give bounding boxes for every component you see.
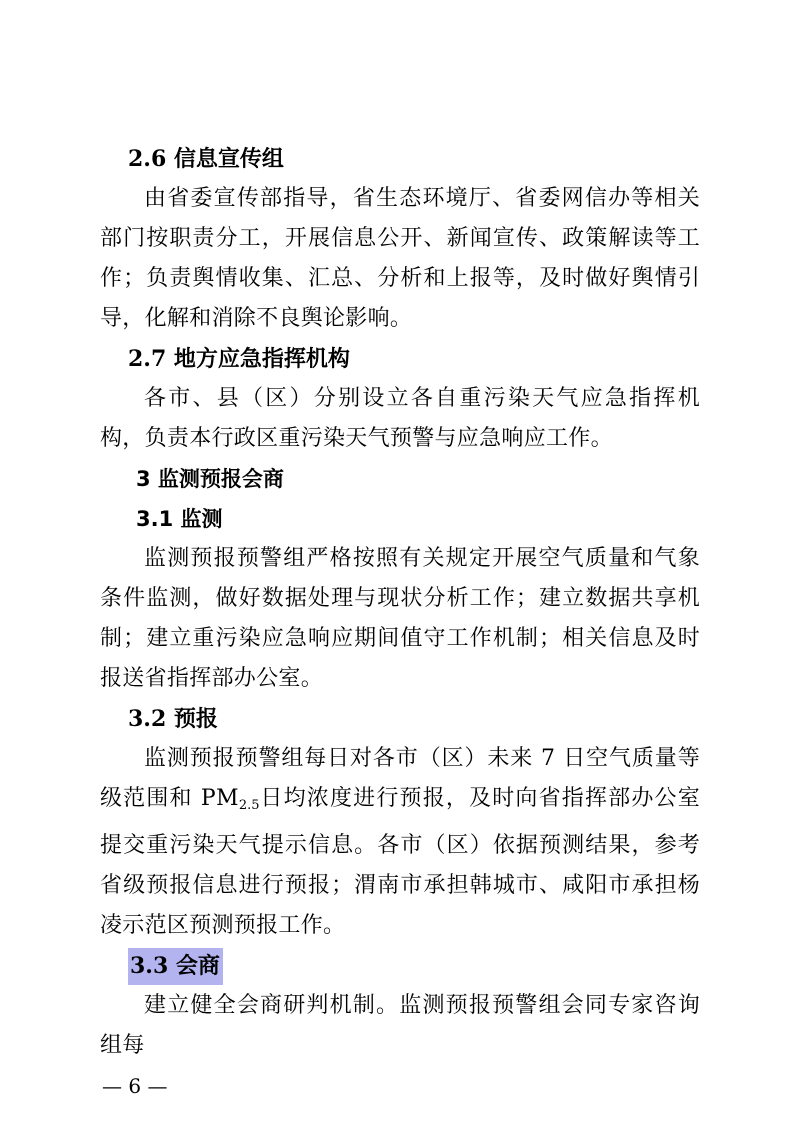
section-paragraph-2-6: 由省委宣传部指导，省生态环境厅、省委网信办等相关部门按职责分工，开展信息公开、新…: [100, 179, 700, 339]
section-heading-3: 3 监测预报会商: [136, 459, 700, 499]
selection-highlight: 3.3 会商: [128, 948, 223, 985]
section-paragraph-3-3: 建立健全会商研判机制。监测预报预警组会同专家咨询组每: [100, 986, 700, 1066]
section-heading-2-7: 2.7 地方应急指挥机构: [128, 339, 700, 379]
section-paragraph-2-7: 各市、县（区）分别设立各自重污染天气应急指挥机构，负责本行政区重污染天气预警与应…: [100, 379, 700, 459]
section-heading-3-2: 3.2 预报: [128, 699, 700, 739]
section-heading-3-3: 3.3 会商: [128, 946, 700, 986]
section-heading-2-6: 2.6 信息宣传组: [128, 139, 700, 179]
page-number: — 6 —: [102, 1066, 700, 1106]
section-paragraph-3-1: 监测预报预警组严格按照有关规定开展空气质量和气象条件监测，做好数据处理与现状分析…: [100, 539, 700, 699]
section-paragraph-3-2: 监测预报预警组每日对各市（区）未来 7 日空气质量等级范围和 PM2.5日均浓度…: [100, 739, 700, 946]
pm25-subscript: 2.5: [239, 798, 260, 813]
section-heading-3-1: 3.1 监测: [136, 499, 700, 539]
document-page: 2.6 信息宣传组 由省委宣传部指导，省生态环境厅、省委网信办等相关部门按职责分…: [0, 0, 794, 1123]
